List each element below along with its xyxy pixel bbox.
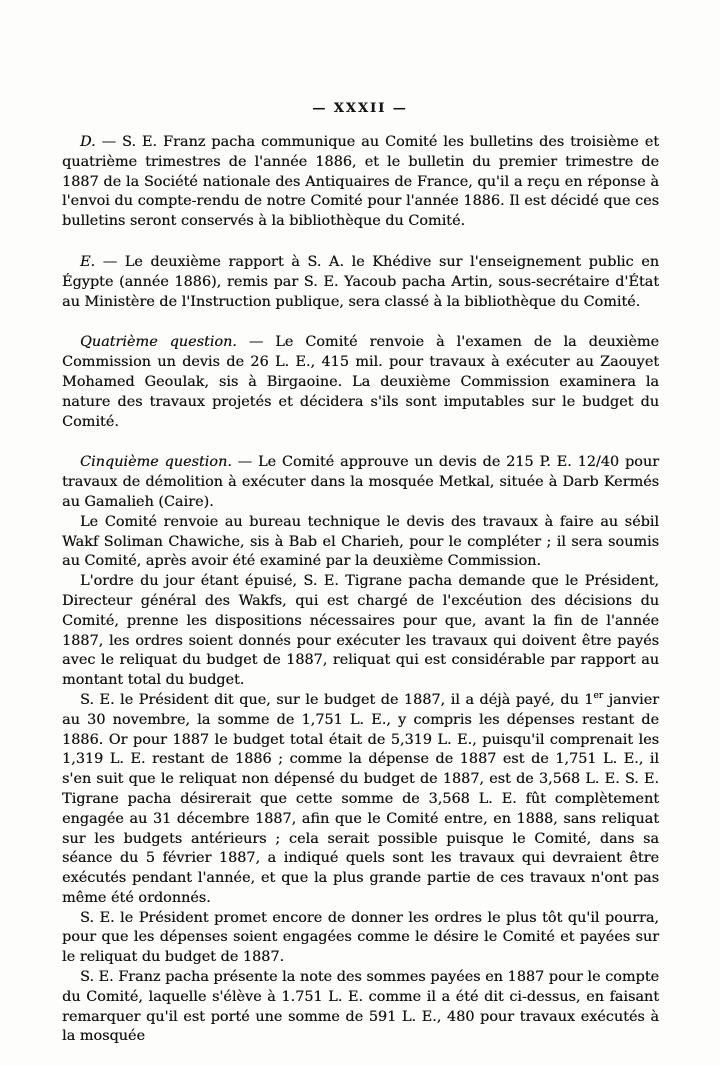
paragraph-text: S. E. Franz pacha présente la note des s… bbox=[62, 969, 659, 1044]
paragraph-ordre-du-jour: L'ordre du jour étant épuisé, S. E. Tigr… bbox=[62, 572, 659, 691]
paragraph-president-promesse: S. E. le Président promet encore de donn… bbox=[62, 909, 659, 968]
paragraph-text: — S. E. Franz pacha communique au Comité… bbox=[62, 134, 659, 229]
paragraph-d: D. — S. E. Franz pacha communique au Com… bbox=[62, 133, 659, 232]
paragraph-e: E. — Le deuxième rapport à S. A. le Khéd… bbox=[62, 253, 659, 312]
paragraph-quatrieme-question: Quatrième question. — Le Comité renvoie … bbox=[62, 333, 659, 432]
paragraph-lead: E. bbox=[80, 254, 95, 270]
document-page: — XXXII — D. — S. E. Franz pacha communi… bbox=[0, 0, 720, 1065]
paragraph-lead: Cinquième question. bbox=[80, 454, 232, 470]
paragraph-lead: D. bbox=[80, 134, 96, 150]
paragraph-text: S. E. le Président promet encore de donn… bbox=[62, 910, 659, 966]
paragraph-lead: Quatrième question. bbox=[80, 334, 237, 350]
paragraph-text: — Le deuxième rapport à S. A. le Khédive… bbox=[62, 254, 659, 310]
paragraph-text: S. E. le Président dit que, sur le budge… bbox=[80, 692, 593, 708]
paragraph-sebil-renvoi: Le Comité renvoie au bureau technique le… bbox=[62, 513, 659, 572]
page-number-header: — XXXII — bbox=[0, 101, 720, 116]
paragraph-franz-note: S. E. Franz pacha présente la note des s… bbox=[62, 968, 659, 1047]
paragraph-president-budget: S. E. le Président dit que, sur le budge… bbox=[62, 691, 659, 909]
paragraph-cinquieme-question: Cinquième question. — Le Comité approuve… bbox=[62, 453, 659, 512]
paragraph-text-continued: janvier au 30 novembre, la somme de 1,75… bbox=[62, 692, 659, 906]
text-block: D. — S. E. Franz pacha communique au Com… bbox=[62, 133, 659, 1047]
paragraph-text: L'ordre du jour étant épuisé, S. E. Tigr… bbox=[62, 573, 659, 688]
paragraph-text: Le Comité renvoie au bureau technique le… bbox=[62, 514, 659, 570]
superscript-ordinal: er bbox=[593, 691, 603, 701]
